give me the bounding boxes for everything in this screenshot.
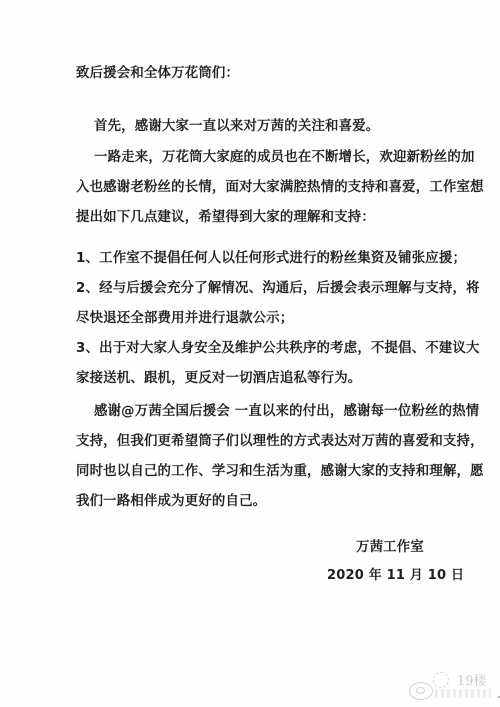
watermark-text: 19楼 bbox=[457, 670, 487, 689]
signature: 万茜工作室 bbox=[356, 540, 424, 556]
paragraph-thanks: 首先，感谢大家一直以来对万茜的关注和喜爱。 bbox=[94, 119, 379, 135]
closing-line-4: 我们一路相伴成为更好的自己。 bbox=[76, 494, 266, 510]
watermark: 19楼 bbox=[405, 672, 495, 704]
paragraph-intro-line-3: 提出如下几点建议，希望得到大家的理解和支持： bbox=[76, 210, 375, 226]
list-item-1: 1、工作室不提倡任何人以任何形式进行的粉丝集资及铺张应援； bbox=[76, 251, 466, 267]
paragraph-intro-line-2: 入也感谢老粉丝的长情，面对大家满腔热情的支持和喜爱，工作室想 bbox=[76, 180, 484, 196]
list-item-2-line-2: 尽快退还全部费用并进行退款公示； bbox=[76, 311, 293, 327]
closing-line-2: 支持，但我们更希望筒子们以理性的方式表达对万茜的喜爱和支持， bbox=[76, 434, 484, 450]
watermark-subtext bbox=[435, 689, 491, 698]
list-item-3-line-1: 3、出于对大家人身安全及维护公共秩序的考虑，不提倡、不建议大 bbox=[76, 341, 480, 357]
weibo-icon bbox=[409, 682, 433, 700]
letter-date: 2020 年 11 月 10 日 bbox=[327, 568, 464, 584]
closing-line-1: 感谢@万茜全国后援会 一直以来的付出，感谢每一位粉丝的热情 bbox=[94, 404, 479, 420]
logo-sun-icon bbox=[433, 672, 449, 688]
paragraph-intro-line-1: 一路走来，万花筒大家庭的成员也在不断增长，欢迎新粉丝的加 bbox=[94, 150, 475, 166]
letter-greeting: 致后援会和全体万花筒们： bbox=[76, 66, 239, 82]
list-item-3-line-2: 家接送机、跟机，更反对一切酒店追私等行为。 bbox=[76, 371, 361, 387]
closing-line-3: 同时也以自己的工作、学习和生活为重，感谢大家的支持和理解，愿 bbox=[76, 464, 484, 480]
letter-page: 致后援会和全体万花筒们： 首先，感谢大家一直以来对万茜的关注和喜爱。 一路走来，… bbox=[0, 0, 500, 707]
list-item-2-line-1: 2、经与后援会充分了解情况、沟通后，后援会表示理解与支持，将 bbox=[76, 281, 480, 297]
